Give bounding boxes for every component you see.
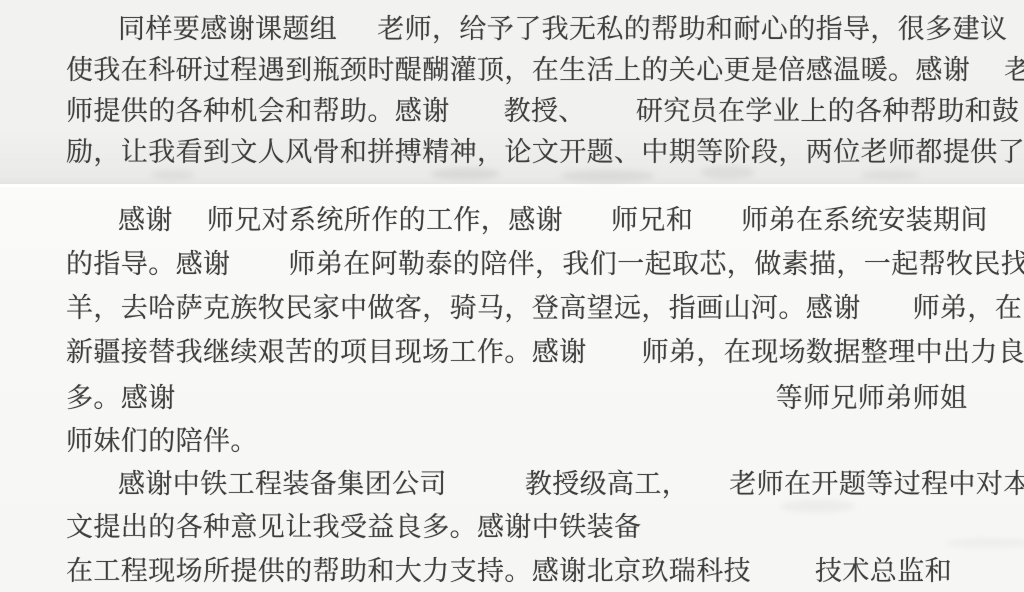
text-segment: 师兄和: [611, 205, 693, 235]
text-line-12: 文提出的各种意见让我受益良多。感谢中铁装备: [66, 512, 641, 542]
ghost-smudge: [700, 166, 755, 179]
text-segment: 的指导。感谢: [66, 249, 230, 279]
redacted-name-gap: [586, 118, 636, 120]
redacted-name-gap: [693, 227, 741, 229]
text-line-11: 感谢中铁工程装备集团公司教授级高工，老师在开题等过程中对本: [118, 469, 1024, 499]
text-segment: 多。感谢: [66, 383, 176, 413]
text-segment: 羊，去哈萨克族牧民家中做客，骑马，登高望远，指画山河。感谢: [66, 293, 861, 323]
text-line-7: 羊，去哈萨克族牧民家中做客，骑马，登高望远，指画山河。感谢师弟，在: [66, 293, 1022, 323]
document-page: 同样要感谢课题组老师，给予了我无私的帮助和耐心的指导，很多建议使我在科研过程遇到…: [0, 0, 1024, 592]
text-line-2: 使我在科研过程遇到瓶颈时醍醐灌顶，在生活上的关心更是倍感温暖。感谢老: [66, 55, 1024, 85]
text-segment: 技术总监和: [815, 556, 952, 586]
redacted-name-gap: [447, 491, 525, 493]
redacted-name-gap: [689, 491, 729, 493]
text-segment: 新疆接替我继续艰苦的项目现场工作。感谢: [66, 337, 587, 367]
text-segment: 同样要感谢课题组: [118, 14, 337, 44]
text-segment: 师提供的各种机会和帮助。感谢: [66, 96, 450, 126]
text-segment: 老师在开题等过程中对本: [729, 469, 1024, 499]
text-segment: 师弟在阿勒泰的陪伴，我们一起取芯，做素描，一起帮牧民找: [288, 249, 1024, 279]
text-line-4: 励，让我看到文人风骨和拼搏精神，论文开题、中期等阶段，两位老师都提供了: [66, 137, 1024, 167]
text-segment: 老师，给予了我无私的帮助和耐心的指导，很多建议: [377, 14, 1007, 44]
redacted-name-gap: [176, 405, 776, 407]
text-segment: 老: [1004, 55, 1024, 85]
redacted-name-gap: [970, 77, 1004, 79]
ghost-smudge: [560, 170, 655, 182]
redacted-name-gap: [587, 359, 642, 361]
ghost-smudge: [780, 500, 855, 513]
redacted-name-gap: [751, 578, 815, 580]
text-segment: 感谢: [118, 205, 173, 235]
ghost-smudge: [430, 168, 500, 180]
text-line-5: 感谢师兄对系统所作的工作，感谢师兄和师弟在系统安装期间: [118, 205, 988, 235]
text-line-3: 师提供的各种机会和帮助。感谢教授、研究员在学业上的各种帮助和鼓: [66, 96, 1019, 126]
text-segment: 师兄对系统所作的工作，感谢: [207, 205, 563, 235]
ghost-smudge: [150, 170, 195, 180]
text-segment: 师弟，在现场数据整理中出力良: [642, 337, 1024, 367]
text-segment: 使我在科研过程遇到瓶颈时醍醐灌顶，在生活上的关心更是倍感温暖。感谢: [66, 55, 970, 85]
redacted-name-gap: [563, 227, 611, 229]
text-segment: 教授级高工，: [525, 469, 689, 499]
text-segment: 师弟在系统安装期间: [741, 205, 988, 235]
text-line-8: 新疆接替我继续艰苦的项目现场工作。感谢师弟，在现场数据整理中出力良: [66, 337, 1024, 367]
redacted-name-gap: [337, 36, 377, 38]
text-segment: 等师兄师弟师姐: [776, 383, 968, 413]
redacted-name-gap: [861, 315, 913, 317]
redacted-name-gap: [173, 227, 207, 229]
text-segment: 师妹们的陪伴。: [66, 426, 258, 456]
text-segment: 在工程现场所提供的帮助和大力支持。感谢北京玖瑞科技: [66, 556, 751, 586]
section-divider: [0, 184, 1024, 187]
text-segment: 研究员在学业上的各种帮助和鼓: [636, 96, 1020, 126]
text-segment: 文提出的各种意见让我受益良多。感谢中铁装备: [66, 512, 641, 542]
text-line-6: 的指导。感谢师弟在阿勒泰的陪伴，我们一起取芯，做素描，一起帮牧民找: [66, 249, 1024, 279]
text-segment: 励，让我看到文人风骨和拼搏精神，论文开题、中期等阶段，两位老师都提供了: [66, 137, 1024, 167]
ghost-smudge: [860, 170, 920, 180]
text-line-13: 在工程现场所提供的帮助和大力支持。感谢北京玖瑞科技技术总监和: [66, 556, 952, 586]
text-line-1: 同样要感谢课题组老师，给予了我无私的帮助和耐心的指导，很多建议: [118, 14, 1007, 44]
text-segment: 教授、: [504, 96, 586, 126]
text-segment: 师弟，在: [913, 293, 1023, 323]
redacted-name-gap: [450, 118, 504, 120]
text-line-10: 师妹们的陪伴。: [66, 426, 258, 456]
text-segment: 感谢中铁工程装备集团公司: [118, 469, 447, 499]
redacted-name-gap: [230, 271, 288, 273]
text-line-9: 多。感谢等师兄师弟师姐: [66, 383, 967, 413]
